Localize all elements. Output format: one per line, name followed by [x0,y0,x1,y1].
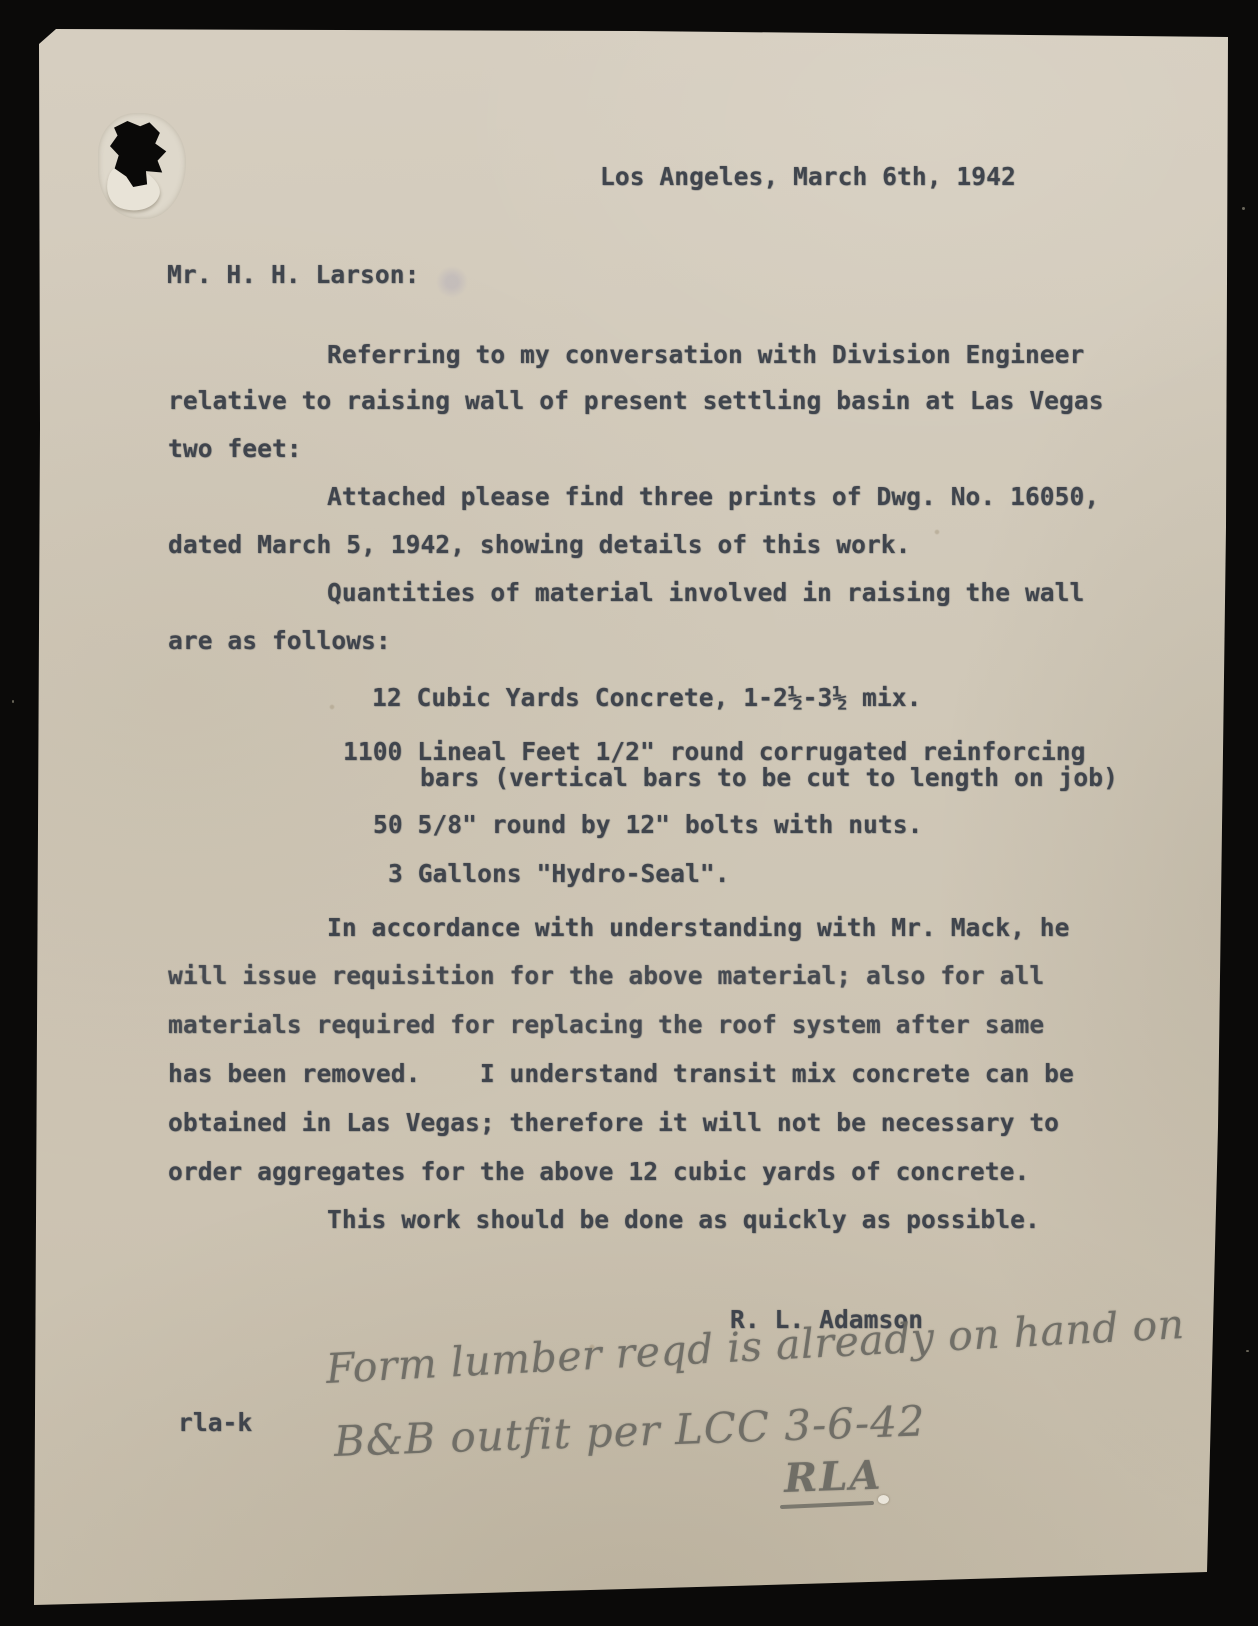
paragraph1-line3: two feet: [168,434,302,464]
paragraph5-line1: This work should be done as quickly as p… [327,1205,1040,1235]
paragraph3-line1: Quantities of material involved in raisi… [327,578,1084,608]
dateline: Los Angeles, March 6th, 1942 [600,162,1016,192]
dust-speck [1242,207,1245,210]
paragraph4-line1: In accordance with understanding with Mr… [327,913,1070,943]
quantity-item-hydroseal: 3 Gallons "Hydro-Seal". [388,859,730,889]
handwritten-initials: RLA [783,1452,883,1502]
paper-chip-speck [878,1495,889,1504]
typist-reference: rla-k [178,1408,252,1438]
quantity-item-bars-line2: bars (vertical bars to be cut to length … [420,763,1118,793]
letter-page: Los Angeles, March 6th, 1942 Mr. H. H. L… [32,27,1228,1607]
paragraph1-line1: Referring to my conversation with Divisi… [327,340,1084,370]
dust-speck [1246,1350,1249,1352]
paragraph1-line2: relative to raising wall of present sett… [168,386,1104,416]
initials-underline [780,1501,874,1509]
quantity-item-bolts: 50 5/8" round by 12" bolts with nuts. [373,810,922,840]
scan-background: Los Angeles, March 6th, 1942 Mr. H. H. L… [0,0,1258,1626]
paragraph4-line5: obtained in Las Vegas; therefore it will… [168,1108,1059,1138]
paragraph2-line1: Attached please find three prints of Dwg… [327,482,1099,512]
paragraph4-line6: order aggregates for the above 12 cubic … [168,1157,1029,1187]
paragraph4-line3: materials required for replacing the roo… [168,1010,1044,1040]
dust-speck [12,700,14,703]
salutation: Mr. H. H. Larson: [167,260,419,290]
paragraph4-line4: has been removed. I understand transit m… [168,1059,1074,1089]
paragraph3-line2: are as follows: [168,626,391,656]
paragraph4-line2: will issue requisition for the above mat… [168,961,1044,991]
quantity-item-concrete: 12 Cubic Yards Concrete, 1-2½-3½ mix. [372,683,921,713]
paragraph2-line2: dated March 5, 1942, showing details of … [168,530,911,560]
